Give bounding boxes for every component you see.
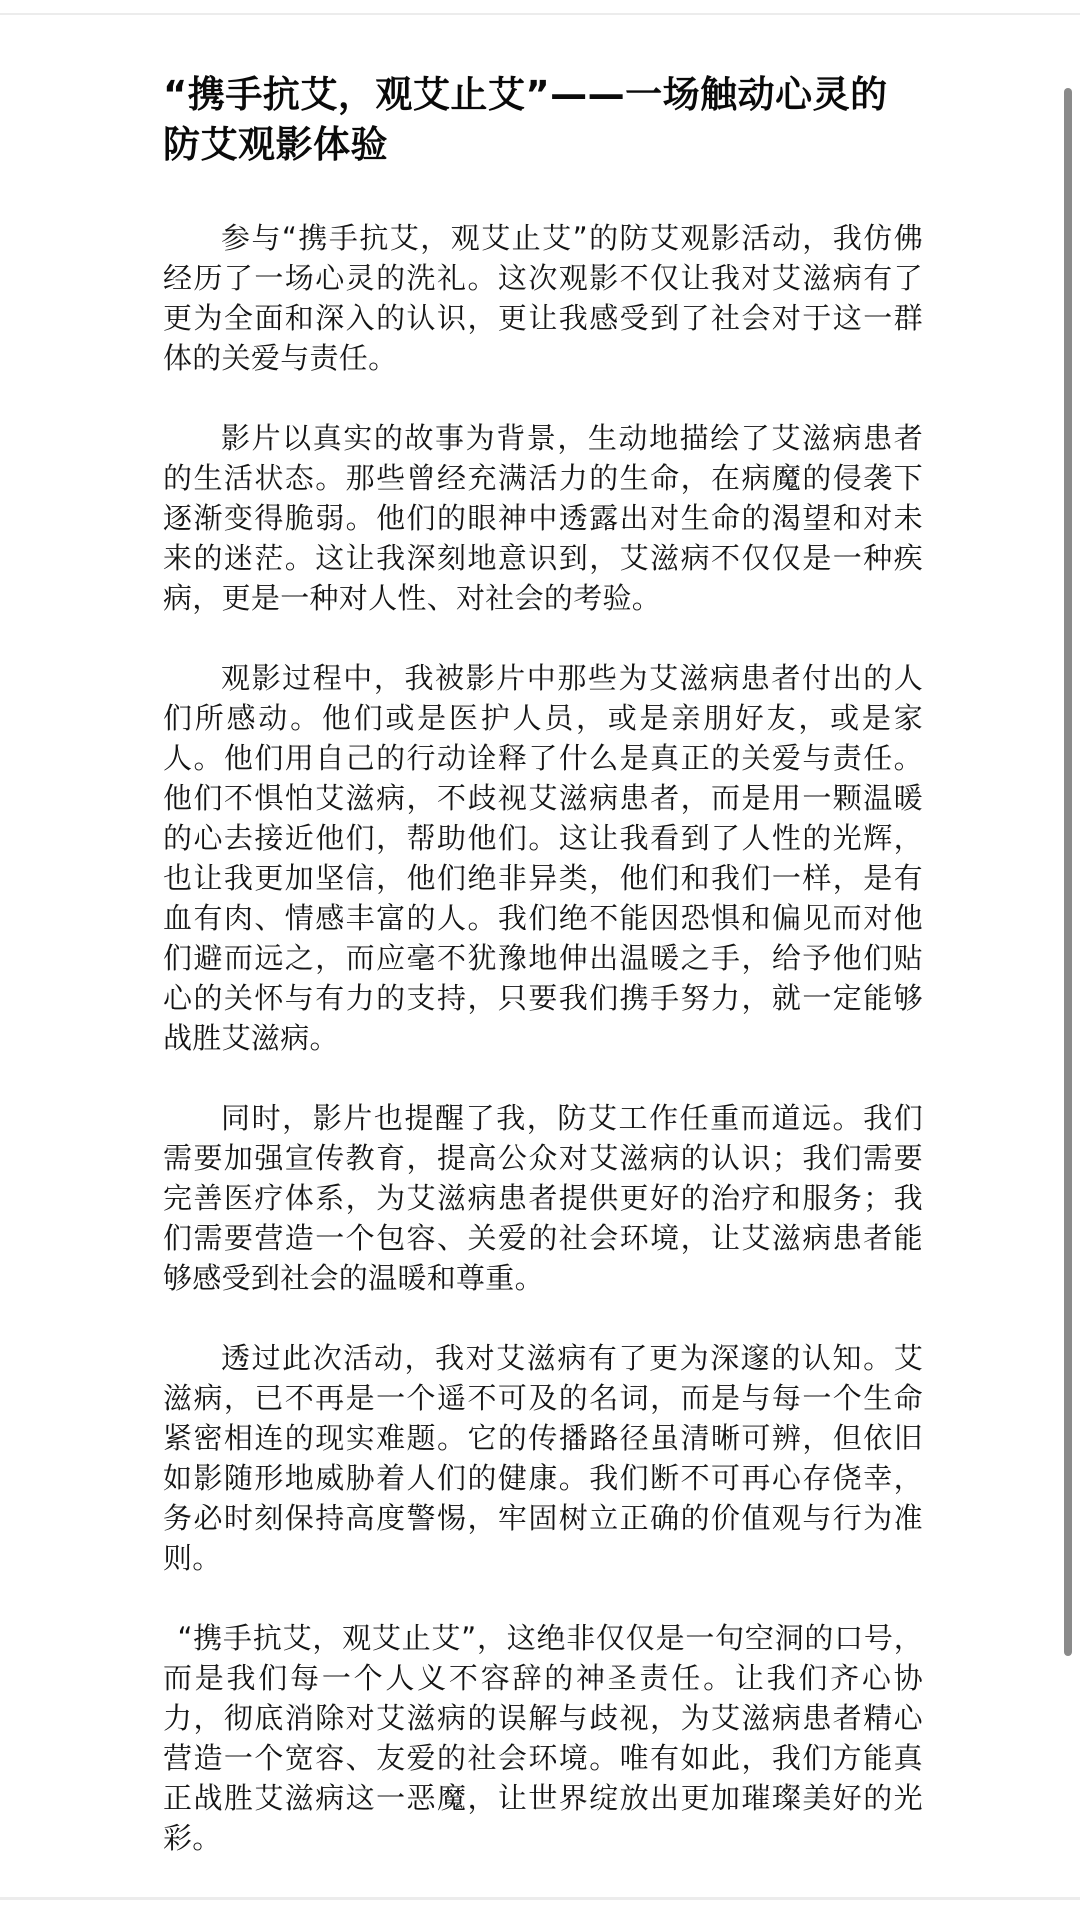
bottom-divider [0, 1897, 1080, 1900]
paragraph-reflection: 透过此次活动，我对艾滋病有了更为深邃的认知。艾滋病，已不再是一个遥不可及的名词，… [163, 1338, 923, 1578]
article: “携手抗艾，观艾止艾”——一场触动心灵的防艾观影体验 参与“携手抗艾，观艾止艾”… [163, 70, 923, 1898]
article-title: “携手抗艾，观艾止艾”——一场触动心灵的防艾观影体验 [163, 70, 923, 170]
paragraph-conclusion: “携手抗艾，观艾止艾”，这绝非仅仅是一句空洞的口号，而是我们每一个人义不容辞的神… [163, 1618, 923, 1858]
vertical-scrollbar[interactable] [1064, 88, 1072, 1656]
paragraph-intro: 参与“携手抗艾，观艾止艾”的防艾观影活动，我仿佛经历了一场心灵的洗礼。这次观影不… [163, 218, 923, 378]
article-body: 参与“携手抗艾，观艾止艾”的防艾观影活动，我仿佛经历了一场心灵的洗礼。这次观影不… [163, 218, 923, 1858]
top-divider [0, 13, 1080, 15]
paragraph-prevention-work: 同时，影片也提醒了我，防艾工作任重而道远。我们需要加强宣传教育，提高公众对艾滋病… [163, 1098, 923, 1298]
paragraph-film-story: 影片以真实的故事为背景，生动地描绘了艾滋病患者的生活状态。那些曾经充满活力的生命… [163, 418, 923, 618]
paragraph-caregivers: 观影过程中，我被影片中那些为艾滋病患者付出的人们所感动。他们或是医护人员，或是亲… [163, 658, 923, 1058]
